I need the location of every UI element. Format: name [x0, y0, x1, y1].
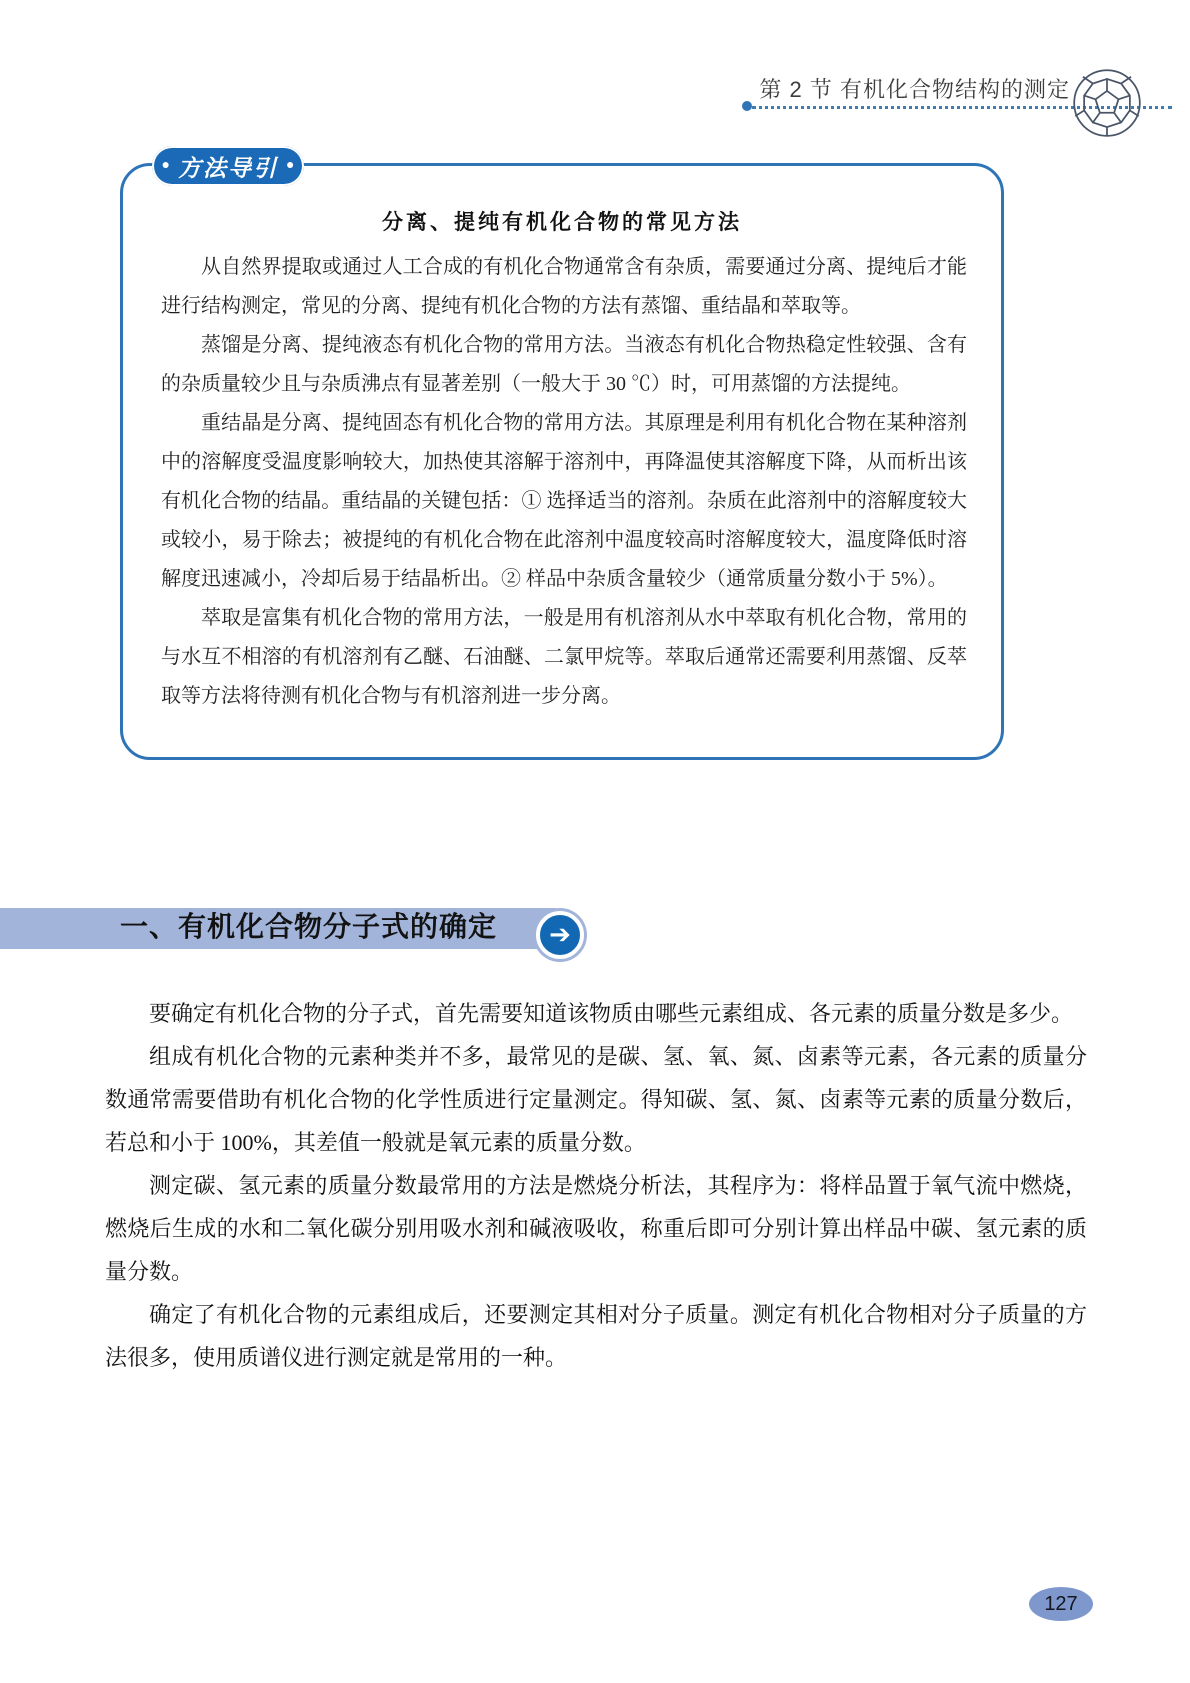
body-paragraph: 组成有机化合物的元素种类并不多，最常见的是碳、氢、氧、氮、卤素等元素，各元素的质…	[105, 1035, 1087, 1164]
header-rule-dot	[742, 101, 752, 111]
method-tab-label: 方法导引	[178, 150, 278, 183]
arrow-right-icon: ➔	[536, 911, 584, 959]
page-number-badge: 127	[1029, 1587, 1093, 1621]
method-paragraph: 从自然界提取或通过人工合成的有机化合物通常含有杂质，需要通过分离、提纯后才能进行…	[161, 248, 967, 326]
body-paragraph: 要确定有机化合物的分子式，首先需要知道该物质由哪些元素组成、各元素的质量分数是多…	[105, 992, 1087, 1035]
method-box-body: 从自然界提取或通过人工合成的有机化合物通常含有杂质，需要通过分离、提纯后才能进行…	[161, 248, 967, 716]
method-paragraph: 萃取是富集有机化合物的常用方法，一般是用有机溶剂从水中萃取有机化合物，常用的与水…	[161, 599, 967, 716]
tab-left-bullet-icon: ●	[162, 158, 170, 174]
method-paragraph: 蒸馏是分离、提纯液态有机化合物的常用方法。当液态有机化合物热稳定性较强、含有的杂…	[161, 326, 967, 404]
body-text: 要确定有机化合物的分子式，首先需要知道该物质由哪些元素组成、各元素的质量分数是多…	[105, 992, 1087, 1379]
method-guide-box: 分离、提纯有机化合物的常见方法 从自然界提取或通过人工合成的有机化合物通常含有杂…	[120, 163, 1004, 760]
method-paragraph: 重结晶是分离、提纯固态有机化合物的常用方法。其原理是利用有机化合物在某种溶剂中的…	[161, 404, 967, 599]
textbook-page: 第 2 节 有机化合物结构的测定 分离、提纯有机化合物的常见方法 从自然界提取或…	[0, 0, 1190, 1683]
body-paragraph: 确定了有机化合物的元素组成后，还要测定其相对分子质量。测定有机化合物相对分子质量…	[105, 1293, 1087, 1379]
body-paragraph: 测定碳、氢元素的质量分数最常用的方法是燃烧分析法，其程序为：将样品置于氧气流中燃…	[105, 1164, 1087, 1293]
section-title: 一、有机化合物分子式的确定	[120, 905, 497, 945]
method-guide-tab: ● 方法导引 ●	[152, 146, 304, 186]
fullerene-molecule-icon	[1072, 68, 1142, 138]
chapter-header: 第 2 节 有机化合物结构的测定	[730, 73, 1070, 104]
method-box-title: 分离、提纯有机化合物的常见方法	[163, 206, 961, 236]
tab-right-bullet-icon: ●	[286, 158, 294, 174]
